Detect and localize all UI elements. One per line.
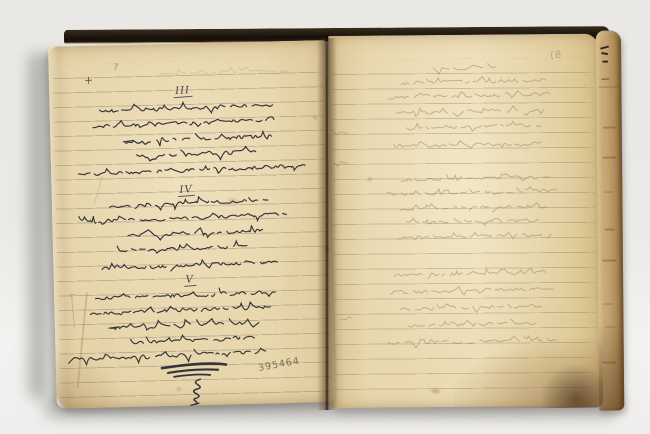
spine-gutter — [317, 38, 337, 410]
edge-streak — [604, 229, 614, 231]
showthrough-line — [410, 314, 536, 333]
book-shadow-left — [28, 52, 50, 400]
right-page: (8 — [328, 34, 601, 408]
edge-streak — [602, 303, 613, 305]
margin-pencil-mark — [68, 294, 76, 295]
showthrough-line — [387, 331, 557, 351]
paper-stain — [431, 389, 440, 393]
photo-background: (8 + 7 395464 IIIIVV — [0, 0, 650, 434]
showthrough-line — [402, 297, 542, 316]
plus-mark: + — [84, 74, 94, 87]
edge-ink-mark — [602, 61, 608, 63]
edge-streak — [604, 191, 614, 193]
showthrough-line — [404, 116, 542, 135]
edge-streak — [606, 326, 616, 328]
page-number: (8 — [550, 50, 563, 62]
edge-ink-mark — [601, 79, 609, 80]
flourish-mark — [156, 360, 233, 408]
edge-streak — [599, 86, 619, 88]
edge-stain — [598, 320, 624, 410]
edge-streak — [602, 157, 617, 159]
page-edge-stack — [596, 30, 624, 410]
section-marker: V — [183, 274, 196, 287]
section-marker: III — [173, 85, 193, 98]
edge-streak — [603, 127, 616, 129]
edge-ink-mark — [600, 45, 609, 49]
paper-stain — [367, 178, 372, 181]
edge-streak — [602, 362, 617, 364]
notebook: (8 + 7 395464 IIIIVV — [40, 24, 624, 420]
margin-digit: 7 — [112, 63, 119, 74]
edge-ink-mark — [601, 52, 608, 55]
left-page: + 7 395464 IIIIVV — [48, 40, 335, 409]
edge-streak — [602, 260, 616, 262]
margin-pencil-mark — [336, 310, 352, 326]
